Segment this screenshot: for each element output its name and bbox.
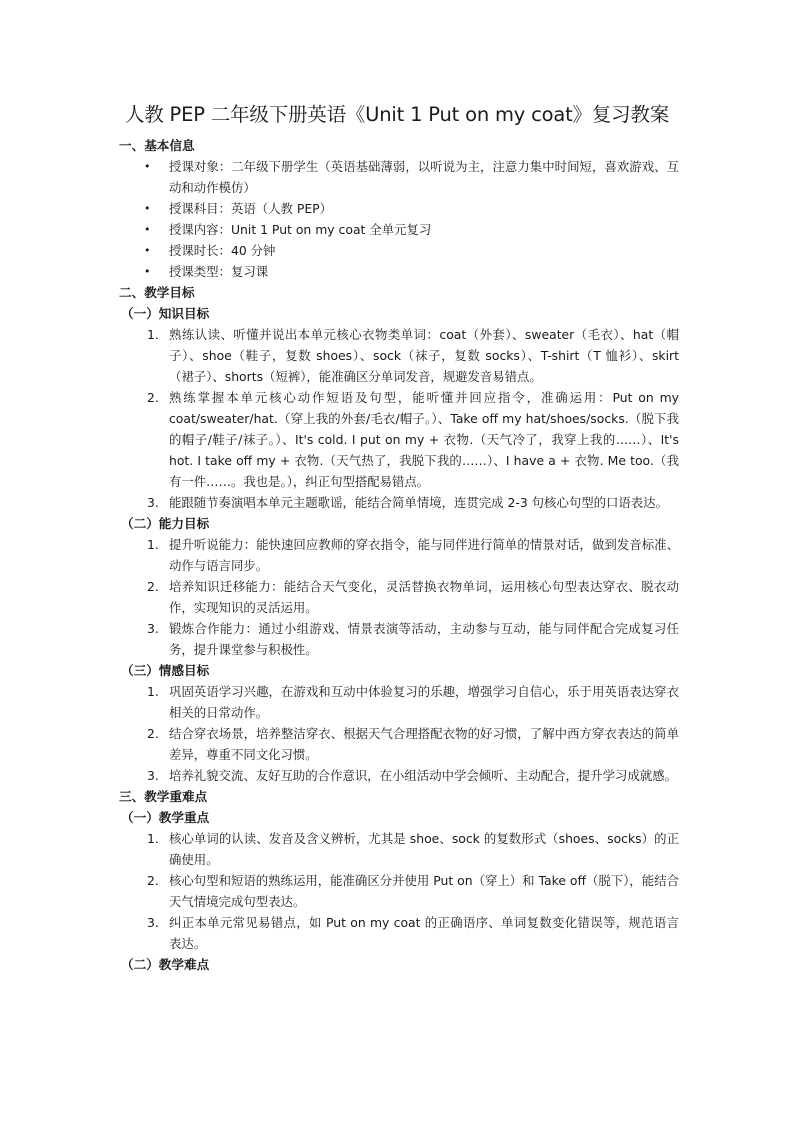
bullet-icon: •	[144, 240, 151, 261]
list-item-text: 授课类型：复习课	[169, 261, 679, 282]
item-number: 2.	[147, 387, 159, 408]
list-item-text: 核心单词的认读、发音及含义辨析，尤其是 shoe、sock 的复数形式（shoe…	[169, 828, 679, 870]
item-number: 1.	[147, 324, 159, 345]
list-item-text: 核心句型和短语的熟练运用，能准确区分并使用 Put on（穿上）和 Take o…	[169, 870, 679, 912]
item-number: 3.	[147, 492, 159, 513]
item-number: 1.	[147, 828, 159, 849]
bullet-icon: •	[144, 198, 151, 219]
list-item: 3. 培养礼貌交流、友好互助的合作意识，在小组活动中学会倾听、主动配合，提升学习…	[119, 765, 679, 786]
list-item: • 授课类型：复习课	[119, 261, 679, 282]
document-page: 人教 PEP 二年级下册英语《Unit 1 Put on my coat》复习教…	[0, 0, 794, 1123]
list-item-text: 熟练掌握本单元核心动作短语及句型，能听懂并回应指令，准确运用：Put on my…	[169, 387, 679, 492]
item-number: 2.	[147, 723, 159, 744]
list-item-text: 授课时长：40 分钟	[169, 240, 679, 261]
emotional-goals-list: 1. 巩固英语学习兴趣，在游戏和互动中体验复习的乐趣，增强学习自信心，乐于用英语…	[119, 681, 679, 786]
bullet-icon: •	[144, 261, 151, 282]
list-item: 1. 熟练认读、听懂并说出本单元核心衣物类单词：coat（外套）、sweater…	[119, 324, 679, 387]
list-item-text: 纠正本单元常见易错点，如 Put on my coat 的正确语序、单词复数变化…	[169, 912, 679, 954]
list-item: • 授课内容：Unit 1 Put on my coat 全单元复习	[119, 219, 679, 240]
item-number: 1.	[147, 681, 159, 702]
section-heading-key-difficult-points: 三、教学重难点	[119, 786, 679, 807]
list-item: 1. 核心单词的认读、发音及含义辨析，尤其是 shoe、sock 的复数形式（s…	[119, 828, 679, 870]
item-number: 1.	[147, 534, 159, 555]
list-item: 3. 能跟随节奏演唱本单元主题歌谣，能结合简单情境，连贯完成 2-3 句核心句型…	[119, 492, 679, 513]
knowledge-goals-list: 1. 熟练认读、听懂并说出本单元核心衣物类单词：coat（外套）、sweater…	[119, 324, 679, 513]
subsection-heading-knowledge-goals: （一）知识目标	[119, 303, 679, 324]
list-item-text: 培养知识迁移能力：能结合天气变化，灵活替换衣物单词，运用核心句型表达穿衣、脱衣动…	[169, 576, 679, 618]
key-points-list: 1. 核心单词的认读、发音及含义辨析，尤其是 shoe、sock 的复数形式（s…	[119, 828, 679, 954]
list-item-text: 授课内容：Unit 1 Put on my coat 全单元复习	[169, 219, 679, 240]
list-item: • 授课对象：二年级下册学生（英语基础薄弱，以听说为主，注意力集中时间短，喜欢游…	[119, 156, 679, 198]
list-item-text: 巩固英语学习兴趣，在游戏和互动中体验复习的乐趣，增强学习自信心，乐于用英语表达穿…	[169, 681, 679, 723]
list-item: 1. 提升听说能力：能快速回应教师的穿衣指令，能与同伴进行简单的情景对话，做到发…	[119, 534, 679, 576]
list-item: • 授课时长：40 分钟	[119, 240, 679, 261]
list-item: 2. 结合穿衣场景，培养整洁穿衣、根据天气合理搭配衣物的好习惯，了解中西方穿衣表…	[119, 723, 679, 765]
list-item: 2. 熟练掌握本单元核心动作短语及句型，能听懂并回应指令，准确运用：Put on…	[119, 387, 679, 492]
subsection-heading-difficult-points: （二）教学难点	[119, 954, 679, 975]
list-item-text: 培养礼貌交流、友好互助的合作意识，在小组活动中学会倾听、主动配合，提升学习成就感…	[169, 765, 679, 786]
list-item-text: 结合穿衣场景，培养整洁穿衣、根据天气合理搭配衣物的好习惯，了解中西方穿衣表达的简…	[169, 723, 679, 765]
list-item: 2. 培养知识迁移能力：能结合天气变化，灵活替换衣物单词，运用核心句型表达穿衣、…	[119, 576, 679, 618]
list-item: 1. 巩固英语学习兴趣，在游戏和互动中体验复习的乐趣，增强学习自信心，乐于用英语…	[119, 681, 679, 723]
list-item-text: 授课科目：英语（人教 PEP）	[169, 198, 679, 219]
ability-goals-list: 1. 提升听说能力：能快速回应教师的穿衣指令，能与同伴进行简单的情景对话，做到发…	[119, 534, 679, 660]
bullet-icon: •	[144, 219, 151, 240]
list-item: 2. 核心句型和短语的熟练运用，能准确区分并使用 Put on（穿上）和 Tak…	[119, 870, 679, 912]
document-body: 一、基本信息 • 授课对象：二年级下册学生（英语基础薄弱，以听说为主，注意力集中…	[119, 135, 679, 975]
bullet-icon: •	[144, 156, 151, 177]
list-item-text: 提升听说能力：能快速回应教师的穿衣指令，能与同伴进行简单的情景对话，做到发音标准…	[169, 534, 679, 576]
item-number: 3.	[147, 618, 159, 639]
section-heading-teaching-goals: 二、教学目标	[119, 282, 679, 303]
list-item-text: 锻炼合作能力：通过小组游戏、情景表演等活动，主动参与互动，能与同伴配合完成复习任…	[169, 618, 679, 660]
list-item: 3. 纠正本单元常见易错点，如 Put on my coat 的正确语序、单词复…	[119, 912, 679, 954]
item-number: 2.	[147, 576, 159, 597]
subsection-heading-key-points: （一）教学重点	[119, 807, 679, 828]
item-number: 2.	[147, 870, 159, 891]
list-item-text: 熟练认读、听懂并说出本单元核心衣物类单词：coat（外套）、sweater（毛衣…	[169, 324, 679, 387]
list-item: 3. 锻炼合作能力：通过小组游戏、情景表演等活动，主动参与互动，能与同伴配合完成…	[119, 618, 679, 660]
section-heading-basic-info: 一、基本信息	[119, 135, 679, 156]
list-item: • 授课科目：英语（人教 PEP）	[119, 198, 679, 219]
document-title: 人教 PEP 二年级下册英语《Unit 1 Put on my coat》复习教…	[0, 101, 794, 129]
subsection-heading-ability-goals: （二）能力目标	[119, 513, 679, 534]
item-number: 3.	[147, 765, 159, 786]
subsection-heading-emotional-goals: （三）情感目标	[119, 660, 679, 681]
list-item-text: 授课对象：二年级下册学生（英语基础薄弱，以听说为主，注意力集中时间短，喜欢游戏、…	[169, 156, 679, 198]
item-number: 3.	[147, 912, 159, 933]
basic-info-list: • 授课对象：二年级下册学生（英语基础薄弱，以听说为主，注意力集中时间短，喜欢游…	[119, 156, 679, 282]
list-item-text: 能跟随节奏演唱本单元主题歌谣，能结合简单情境，连贯完成 2-3 句核心句型的口语…	[169, 492, 679, 513]
